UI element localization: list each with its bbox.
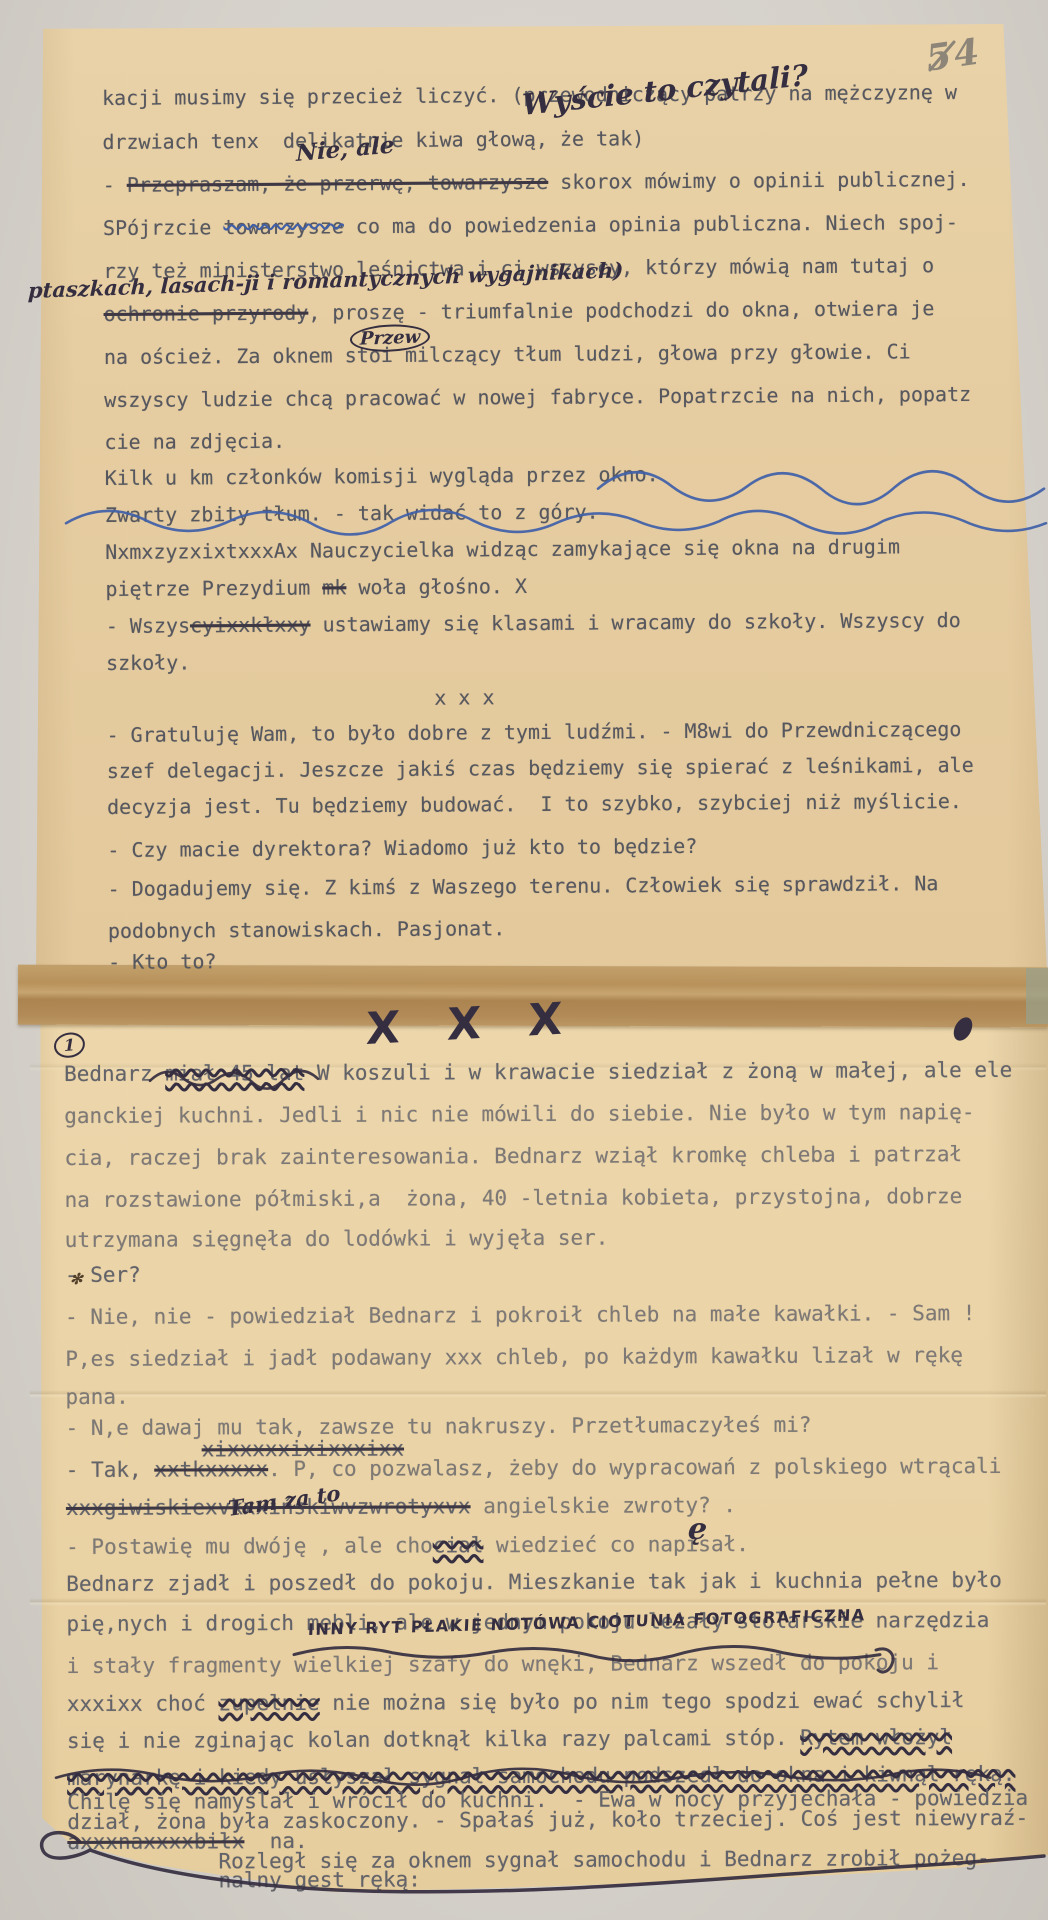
underline-scrawl	[294, 1648, 880, 1660]
typed-segment: nie można się było po nim tego spodzi ew…	[320, 1688, 965, 1715]
typed-segment: wiedzieć co napisał.	[483, 1532, 749, 1557]
typed-line: xxxixx choć zupełnie nie można się było …	[67, 1688, 965, 1716]
typed-line: Bednarz zjadł i poszedł do pokoju. Miesz…	[66, 1568, 1002, 1596]
typed-segment: pana.	[65, 1385, 128, 1409]
typed-line: - Tak, xxtkxxxxx. P, co pozwalasz, żeby …	[66, 1454, 1002, 1482]
manuscript-scan: 54 kacji musimy się przecież liczyć. (pr…	[0, 0, 1048, 1920]
typed-segment: się i nie zginając kolan dotknął kilka r…	[67, 1726, 800, 1753]
typed-line: - N,e dawaj mu tak, zawsze tu nakruszy. …	[66, 1413, 812, 1440]
typed-line: ganckiej kuchni. Jedli i nic nie mówili …	[64, 1100, 974, 1128]
typed-segment: W koszuli i w krawacie siedział z żoną w…	[304, 1058, 1012, 1085]
typed-line: cia, raczej brak zainteresowania. Bednar…	[64, 1142, 962, 1170]
typed-line: utrzymana sięgnęła do lodówki i wyjęła s…	[65, 1226, 609, 1252]
typed-segment: - Tak,	[66, 1458, 155, 1482]
strike-scrawl-line	[56, 1770, 990, 1784]
scribble-age	[150, 1072, 318, 1088]
typed-line: P,es siedział i jadł podawany xxx chleb,…	[65, 1343, 963, 1371]
typed-line: pana.	[65, 1385, 128, 1409]
typed-segment: Rytem włożył	[800, 1725, 952, 1750]
typed-segment: na rozstawione półmiski,a żona, 40 -letn…	[65, 1184, 963, 1212]
typed-segment: - Postawię mu dwóję , ale cho	[66, 1533, 433, 1559]
hw-letter-e: ę	[687, 1512, 709, 1547]
typed-segment: utrzymana sięgnęła do lodówki i wyjęła s…	[65, 1226, 609, 1252]
typed-line: - Postawię mu dwóję , ale chociał wiedzi…	[66, 1532, 749, 1559]
typed-segment: Bednarz zjadł i poszedł do pokoju. Miesz…	[66, 1568, 1002, 1596]
blue-scrawl-upper	[598, 470, 1044, 504]
ink-blot-star: ✻	[69, 1270, 83, 1288]
typed-line: na rozstawione półmiski,a żona, 40 -letn…	[65, 1184, 963, 1212]
typed-segment: ganckiej kuchni. Jedli i nic nie mówili …	[64, 1100, 974, 1128]
typed-segment: - N,e dawaj mu tak, zawsze tu nakruszy. …	[66, 1413, 812, 1440]
hook-mark	[874, 1644, 904, 1678]
typed-line: - Nie, nie - powiedział Bednarz i pokroi…	[65, 1301, 975, 1329]
typed-segment: - Nie, nie - powiedział Bednarz i pokroi…	[65, 1301, 975, 1329]
typed-segment: . P, co pozwalasz, żeby do wypracowań z …	[268, 1454, 1001, 1481]
typed-line: xxxgiwiskiexvkxxińskiwvzwrotyxvx angiels…	[66, 1493, 736, 1520]
blue-scrawl-lower	[66, 510, 1046, 534]
typed-segment: P,es siedział i jadł podawany xxx chleb,…	[65, 1343, 963, 1371]
typed-segment: xxtkxxxxx	[154, 1457, 268, 1481]
typed-segment: ciał	[433, 1533, 484, 1557]
torn-edge-ink-line	[36, 1812, 1048, 1912]
typed-line: się i nie zginając kolan dotknął kilka r…	[67, 1725, 952, 1753]
pencil-slash-on-5	[930, 42, 954, 70]
typed-segment: xxxixx choć	[67, 1691, 219, 1716]
typed-segment: zupełnie	[218, 1691, 319, 1715]
ink-blob	[950, 1014, 976, 1044]
typed-segment: cia, raczej brak zainteresowania. Bednar…	[64, 1142, 962, 1170]
